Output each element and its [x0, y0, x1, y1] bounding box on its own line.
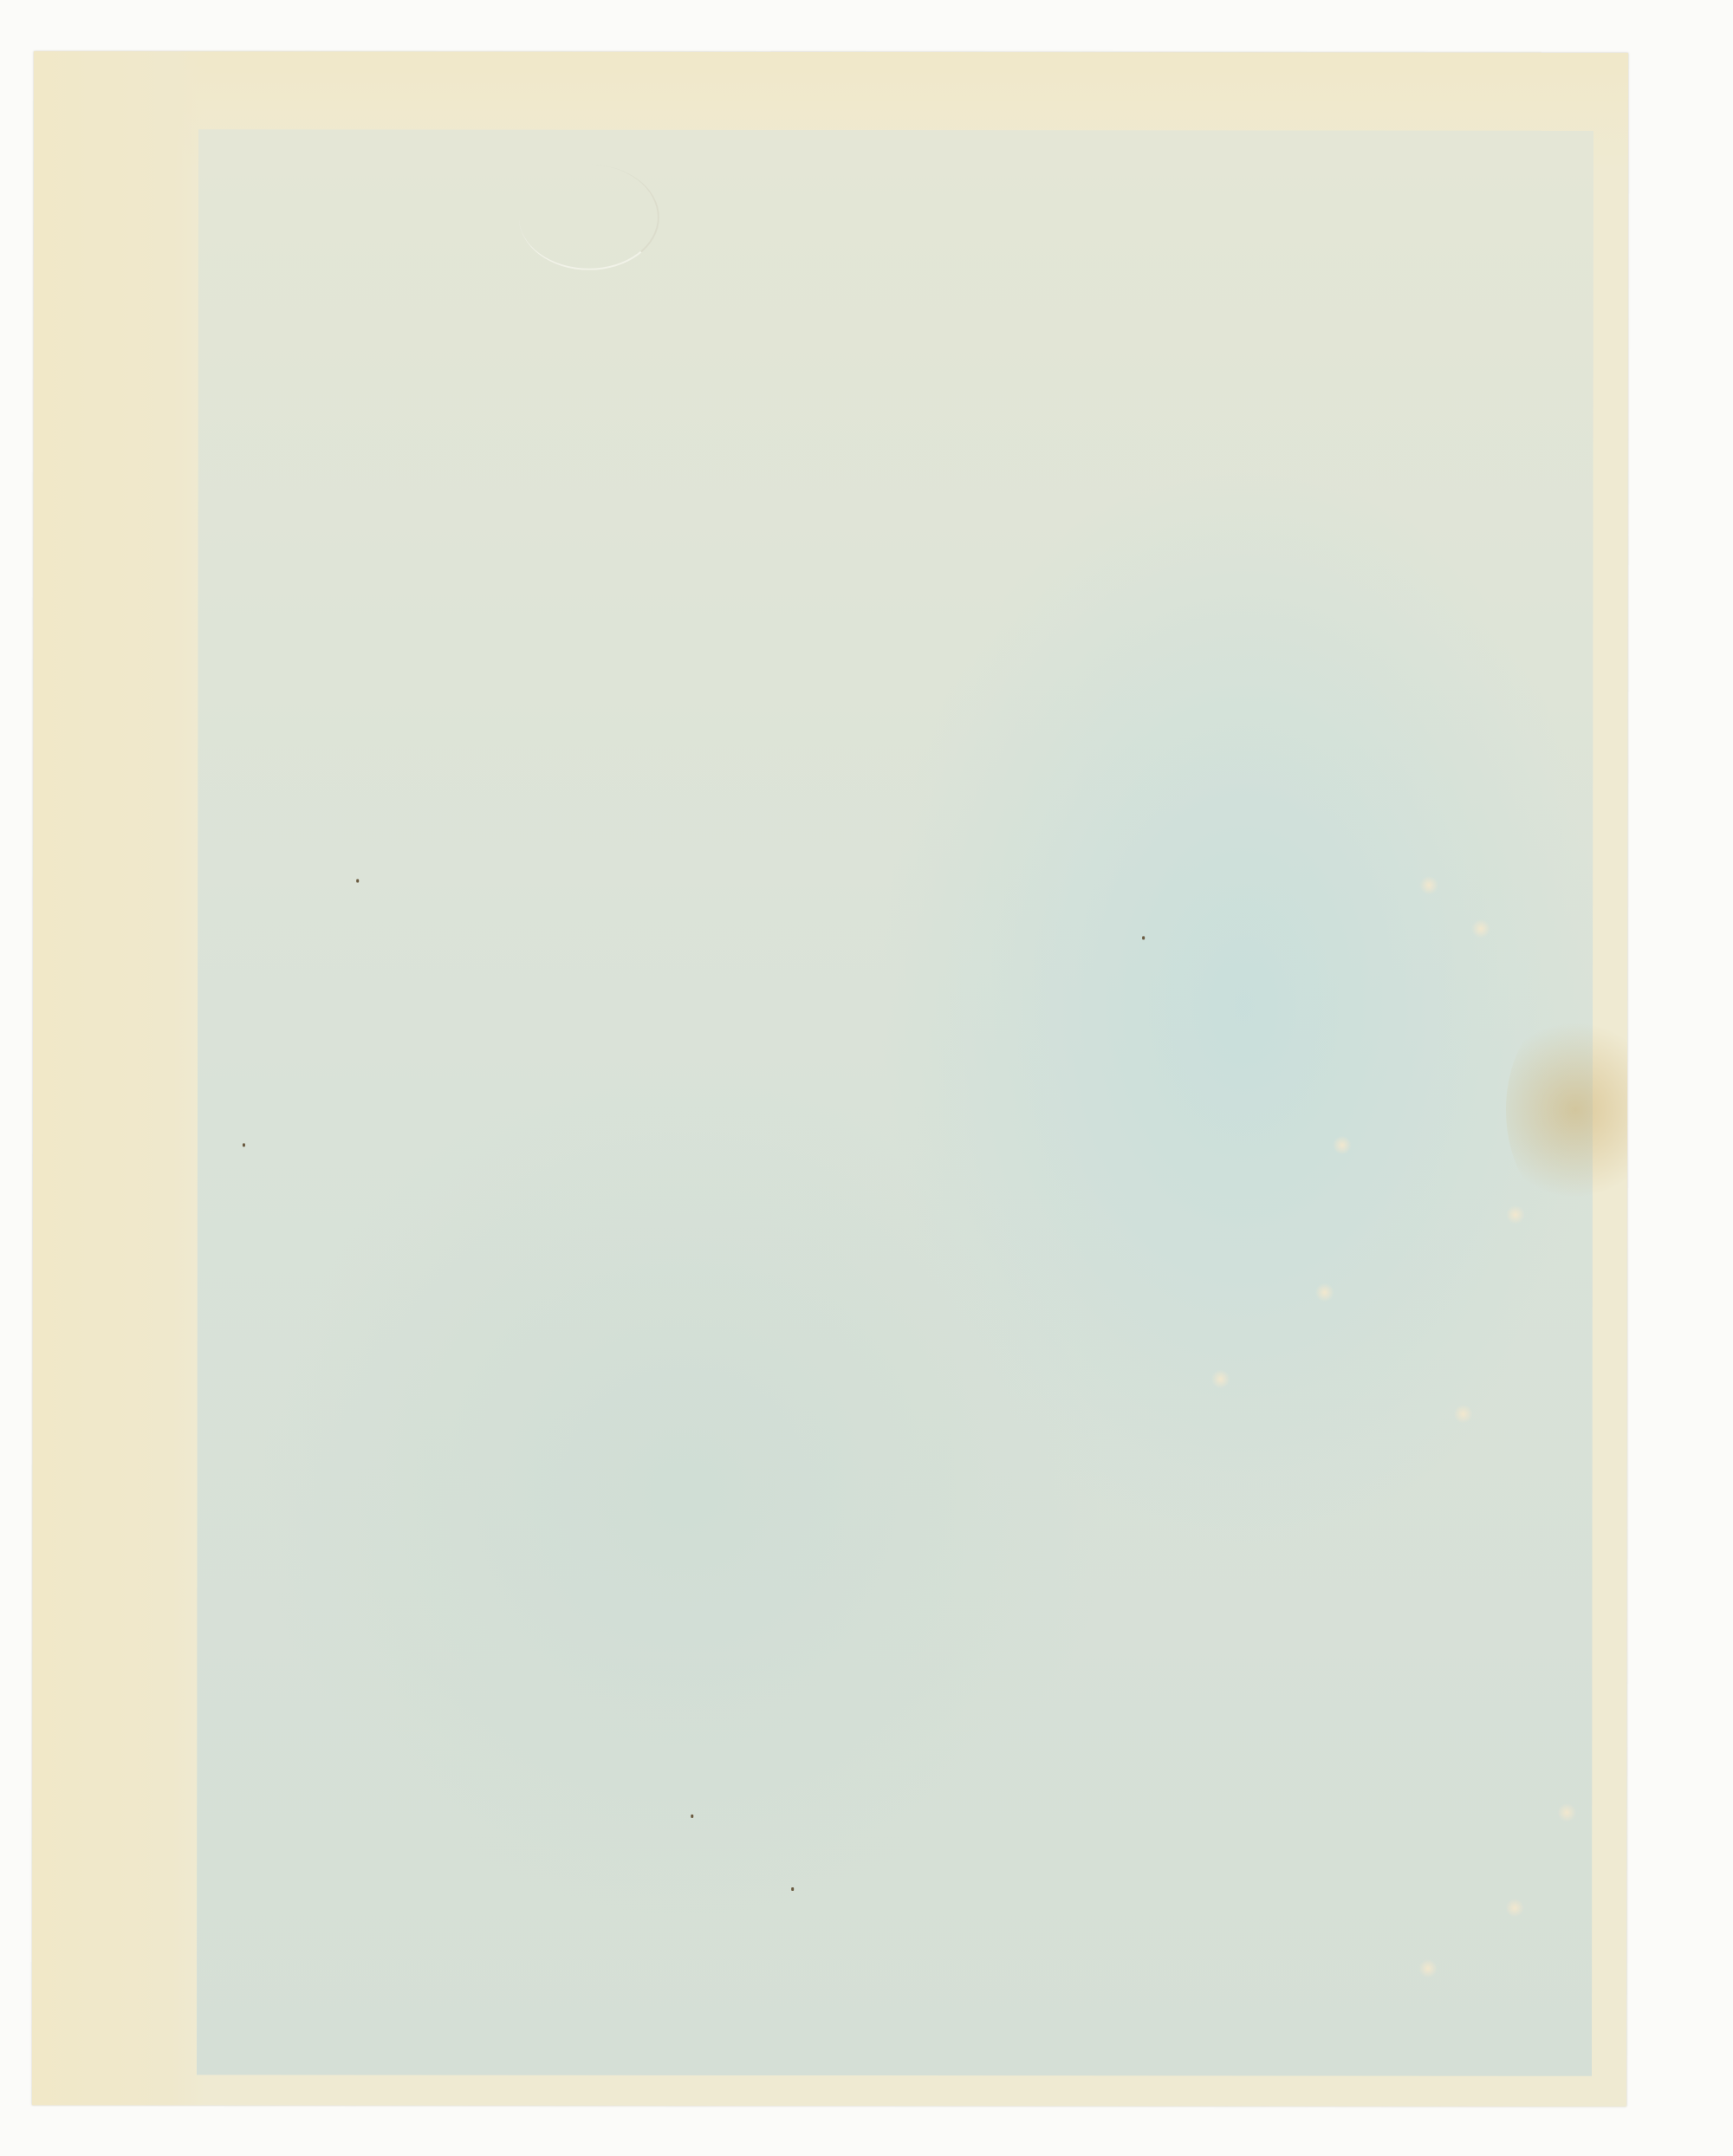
print-show-through-area [197, 129, 1593, 2075]
dust-speck [243, 1143, 245, 1146]
foxing-spot [1506, 1205, 1525, 1224]
foxing-spot [1211, 1369, 1230, 1388]
dust-speck [1142, 936, 1145, 939]
dust-speck [791, 1887, 794, 1891]
dust-speck [356, 880, 359, 883]
foxing-spot [1333, 1136, 1352, 1155]
dust-speck [691, 1815, 693, 1818]
foxing-spot [1454, 1405, 1473, 1424]
paper-sheet [32, 51, 1628, 2107]
paper-crease [519, 165, 659, 270]
foxing-spot [1471, 919, 1490, 938]
foxing-spot [1418, 1959, 1438, 1978]
foxing-spot [1505, 1899, 1524, 1918]
foxing-spot [1419, 876, 1438, 895]
foxing-spot [1557, 1803, 1576, 1822]
foxing-spot [1315, 1283, 1334, 1302]
